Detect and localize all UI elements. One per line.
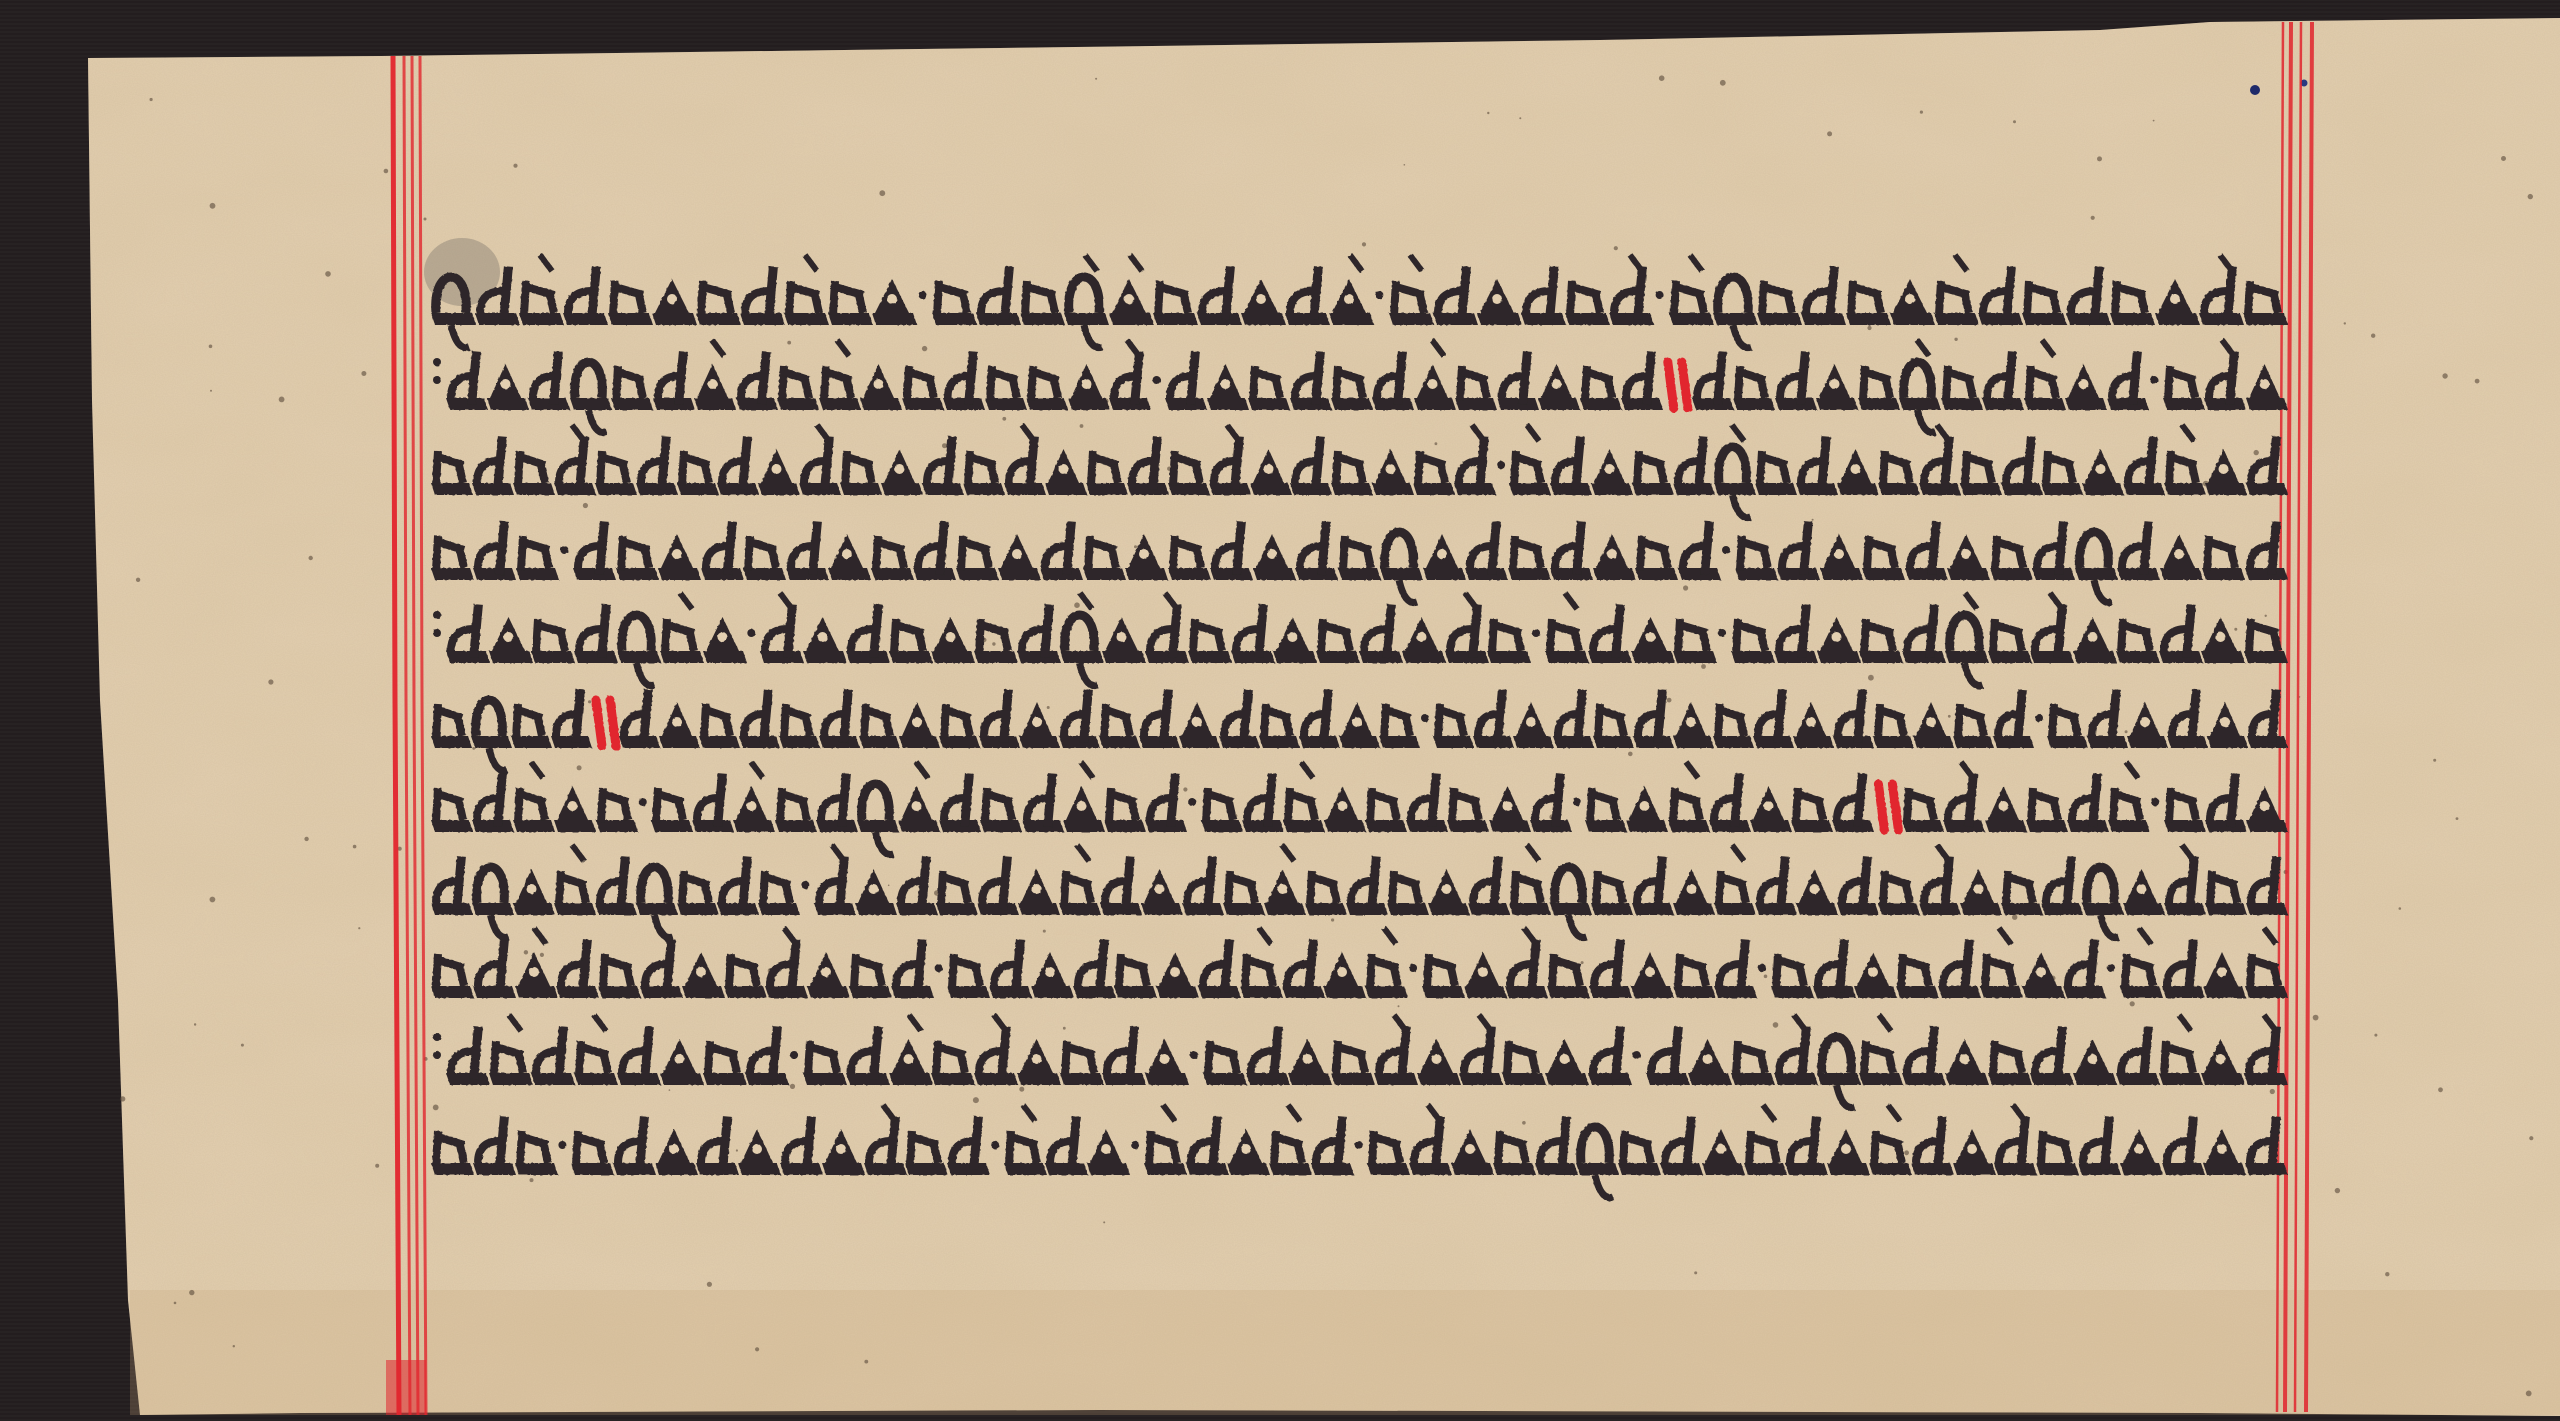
punctuation-dot xyxy=(1190,1051,1198,1059)
punctuation-dot xyxy=(1188,798,1196,806)
punctuation-dot xyxy=(560,546,568,554)
punctuation-dot xyxy=(1153,376,1161,384)
punctuation-dot xyxy=(558,1141,566,1149)
punctuation-dot xyxy=(2035,714,2043,722)
punctuation-dot xyxy=(1355,1141,1363,1149)
punctuation-dot xyxy=(1409,964,1417,972)
punctuation-dot xyxy=(919,291,927,299)
punctuation-dot xyxy=(2107,964,2115,972)
punctuation-dot xyxy=(935,964,943,972)
red-ink-blot xyxy=(386,1360,426,1415)
punctuation-dot xyxy=(1633,1051,1641,1059)
punctuation-dot xyxy=(639,798,647,806)
punctuation-dot xyxy=(1375,291,1383,299)
punctuation-dot xyxy=(1131,1141,1139,1149)
punctuation-dot xyxy=(790,1051,798,1059)
punctuation-dot xyxy=(991,1141,999,1149)
punctuation-dot xyxy=(1573,798,1581,806)
manuscript-folio: Devanagari-family (Newar / Ranjana-style… xyxy=(0,0,2560,1421)
punctuation-dot xyxy=(1532,629,1540,637)
punctuation-dot xyxy=(2150,376,2158,384)
punctuation-dot xyxy=(747,629,755,637)
manuscript-canvas xyxy=(0,0,2560,1421)
punctuation-dot xyxy=(2151,798,2159,806)
punctuation-dot xyxy=(1656,291,1664,299)
punctuation-dot xyxy=(801,881,809,889)
punctuation-dot xyxy=(1497,461,1505,469)
punctuation-dot xyxy=(1421,714,1429,722)
paper-bottom-shading xyxy=(130,1290,2560,1415)
punctuation-dot xyxy=(1722,546,1730,554)
punctuation-dot xyxy=(1758,964,1766,972)
punctuation-dot xyxy=(1718,629,1726,637)
blue-dot-mark xyxy=(2250,85,2260,95)
